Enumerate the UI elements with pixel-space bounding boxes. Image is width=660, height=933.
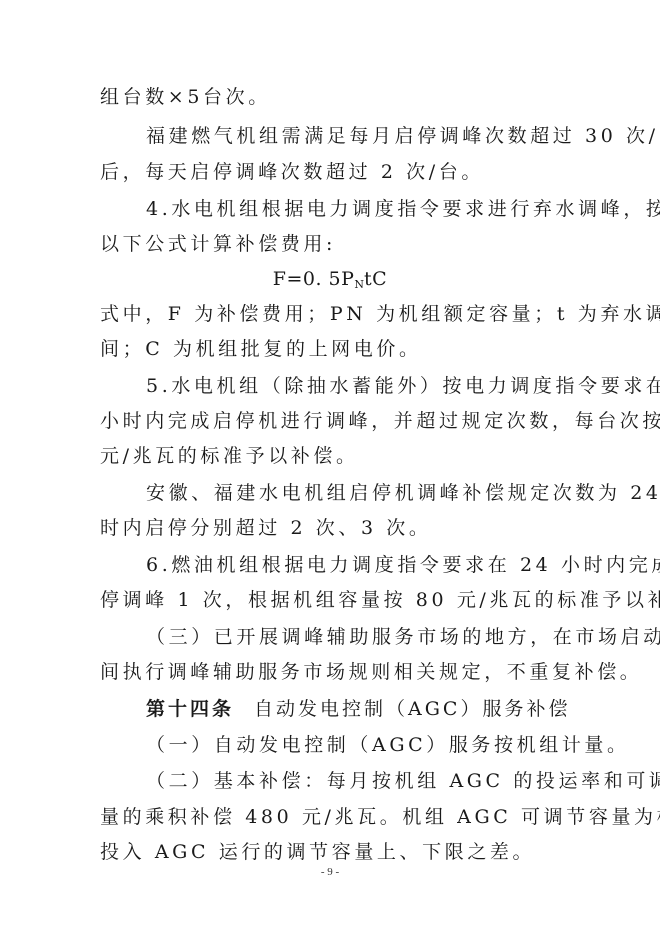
paragraph-line: 投入 AGC 运行的调节容量上、下限之差。: [100, 840, 560, 864]
paragraph-line: 6.燃油机组根据电力调度指令要求在 24 小时内完成启: [146, 553, 560, 577]
paragraph-line: 时内启停分别超过 2 次、3 次。: [100, 516, 560, 540]
formula: F=0. 5PNtC: [0, 267, 660, 297]
page-number: - 9 -: [0, 866, 660, 878]
paragraph-line: 间执行调峰辅助服务市场规则相关规定，不重复补偿。: [100, 660, 560, 684]
article-number: 第十四条: [146, 698, 234, 720]
paragraph-line: 安徽、福建水电机组启停机调峰补偿规定次数为 24 小: [146, 481, 560, 505]
paragraph-line: 间；C 为机组批复的上网电价。: [100, 337, 560, 361]
paragraph-line: 量的乘积补偿 480 元/兆瓦。机组 AGC 可调节容量为机组可: [100, 805, 560, 829]
article-heading: 第十四条自动发电控制（AGC）服务补偿: [146, 697, 560, 721]
paragraph-line: 式中，F 为补偿费用；PN 为机组额定容量；t 为弃水调峰时: [100, 302, 560, 326]
paragraph-line: 后，每天启停调峰次数超过 2 次/台。: [100, 160, 560, 184]
paragraph-line: 小时内完成启停机进行调峰，并超过规定次数，每台次按 5: [100, 409, 560, 433]
paragraph-line: （二）基本补偿：每月按机组 AGC 的投运率和可调节容: [146, 769, 560, 793]
paragraph-line: （三）已开展调峰辅助服务市场的地方，在市场启动期: [146, 625, 560, 649]
document-page: 组台数×5台次。 福建燃气机组需满足每月启停调峰次数超过 30 次/台 后，每天…: [0, 0, 660, 933]
paragraph-line: 组台数×5台次。: [100, 85, 560, 109]
article-title: 自动发电控制（AGC）服务补偿: [254, 698, 570, 720]
formula-suffix: tC: [364, 268, 387, 290]
paragraph-line: 元/兆瓦的标准予以补偿。: [100, 444, 560, 468]
paragraph-line: （一）自动发电控制（AGC）服务按机组计量。: [146, 733, 560, 757]
formula-prefix: F=0. 5P: [273, 268, 355, 290]
paragraph-line: 停调峰 1 次，根据机组容量按 80 元/兆瓦的标准予以补偿。: [100, 588, 560, 612]
formula-subscript: N: [354, 278, 364, 291]
paragraph-line: 福建燃气机组需满足每月启停调峰次数超过 30 次/台: [146, 124, 560, 148]
paragraph-line: 5.水电机组（除抽水蓄能外）按电力调度指令要求在 24: [146, 374, 560, 398]
paragraph-line: 4.水电机组根据电力调度指令要求进行弃水调峰，按照: [146, 197, 560, 221]
paragraph-line: 以下公式计算补偿费用:: [100, 232, 560, 256]
